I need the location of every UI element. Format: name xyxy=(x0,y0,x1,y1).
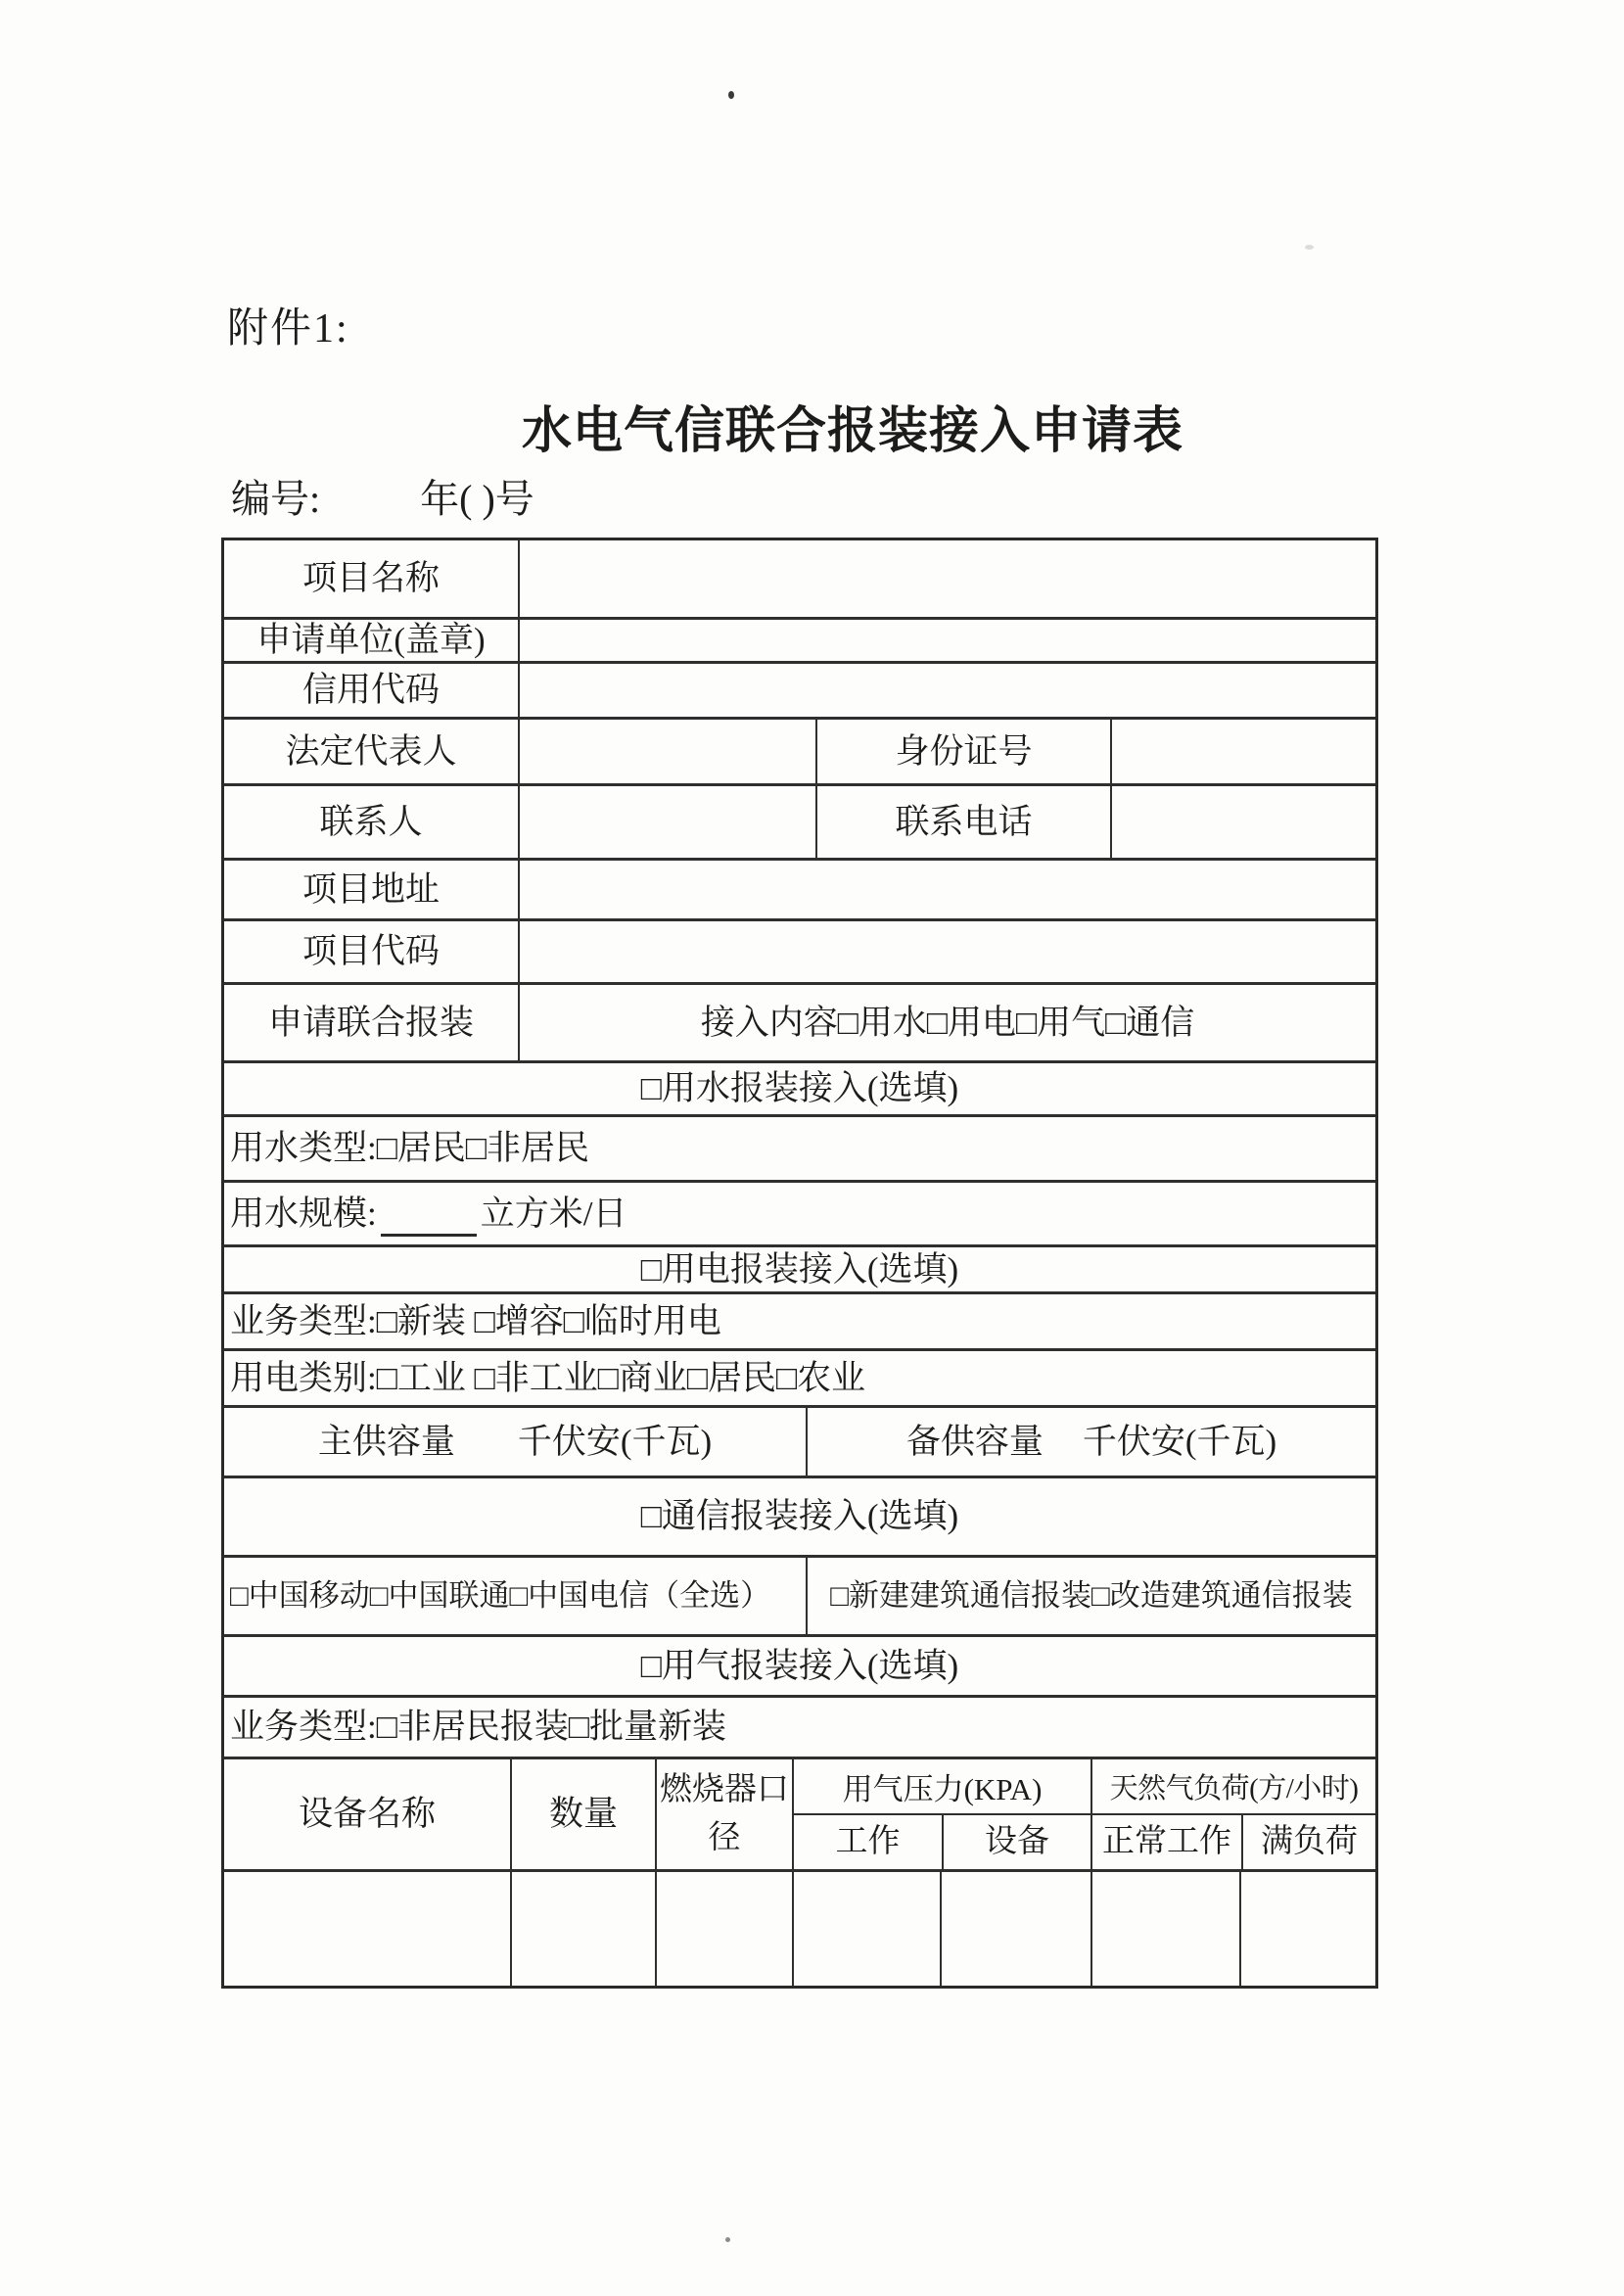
backup-capacity-unit: 千伏安(千瓦) xyxy=(1083,1420,1276,1465)
joint-install-options: 接入内容□用水□用电□用气□通信 xyxy=(518,985,1375,1060)
scanned-form-page: 附件1: 水电气信联合报装接入申请表 编号: 年( )号 项目名称 申请单位(盖… xyxy=(0,0,1624,2296)
applicant-unit-value-cell xyxy=(518,620,1375,661)
power-category-options: 用电类别:□工业 □非工业□商业□居民□农业 xyxy=(224,1351,1375,1405)
credit-code-value-cell xyxy=(518,664,1375,717)
gas-section-header: □用气报装接入(选填) xyxy=(224,1637,1375,1695)
water-scale-unit: 立方米/日 xyxy=(481,1192,627,1237)
gas-load-normal-value-cell xyxy=(1090,1872,1239,1986)
legal-rep-label: 法定代表人 xyxy=(224,720,518,783)
serial-number-value: 年( )号 xyxy=(420,477,534,521)
water-scale-label: 用水规模: xyxy=(230,1192,377,1237)
row-gas-biz-type: 业务类型:□非居民报装□批量新装 xyxy=(224,1695,1375,1757)
phone-value-cell xyxy=(1110,786,1375,858)
row-water-section-header: □用水报装接入(选填) xyxy=(224,1060,1375,1114)
telecom-operators-options: □中国移动□中国联通□中国电信（全选） xyxy=(224,1558,806,1634)
scan-speck-bottom xyxy=(725,2237,730,2242)
gas-pressure-device-value-cell xyxy=(940,1872,1090,1986)
scan-speck-top xyxy=(728,91,734,99)
row-project-code: 项目代码 xyxy=(224,918,1375,982)
row-water-scale: 用水规模: 立方米/日 xyxy=(224,1180,1375,1244)
row-gas-section-header: □用气报装接入(选填) xyxy=(224,1634,1375,1695)
project-name-label: 项目名称 xyxy=(224,540,518,617)
gas-col-pressure-device: 设备 xyxy=(942,1815,1090,1869)
gas-quantity-value-cell xyxy=(510,1872,655,1986)
gas-load-group: 天然气负荷(方/小时) 正常工作 满负荷 xyxy=(1090,1759,1375,1869)
gas-load-group-label: 天然气负荷(方/小时) xyxy=(1092,1759,1375,1815)
gas-device-name-value-cell xyxy=(224,1872,510,1986)
id-number-value-cell xyxy=(1110,720,1375,783)
application-form-table: 项目名称 申请单位(盖章) 信用代码 法定代表人 身份证号 联系人 联系电话 项… xyxy=(221,538,1378,1989)
telecom-section-header: □通信报装接入(选填) xyxy=(224,1478,1375,1555)
project-name-value-cell xyxy=(518,540,1375,617)
scan-speck-right xyxy=(1305,245,1314,250)
applicant-unit-label: 申请单位(盖章) xyxy=(224,620,518,661)
row-telecom-section-header: □通信报装接入(选填) xyxy=(224,1476,1375,1555)
gas-load-full-value-cell xyxy=(1239,1872,1375,1986)
row-contact: 联系人 联系电话 xyxy=(224,783,1375,858)
gas-table-empty-row xyxy=(224,1869,1375,1986)
page-title: 水电气信联合报装接入申请表 xyxy=(522,390,1183,462)
gas-pressure-work-value-cell xyxy=(792,1872,940,1986)
water-scale-line: 用水规模: 立方米/日 xyxy=(224,1183,1375,1244)
gas-pressure-group-label: 用气压力(KPA) xyxy=(794,1759,1090,1815)
row-project-name: 项目名称 xyxy=(224,540,1375,617)
serial-line: 编号: 年( )号 xyxy=(231,468,534,524)
row-telecom-options: □中国移动□中国联通□中国电信（全选） □新建建筑通信报装□改造建筑通信报装 xyxy=(224,1555,1375,1634)
power-section-header: □用电报装接入(选填) xyxy=(224,1247,1375,1291)
credit-code-label: 信用代码 xyxy=(224,664,518,717)
contact-value-cell xyxy=(518,786,815,858)
gas-biz-type-options: 业务类型:□非居民报装□批量新装 xyxy=(224,1698,1375,1757)
gas-col-quantity: 数量 xyxy=(510,1759,655,1869)
row-power-section-header: □用电报装接入(选填) xyxy=(224,1244,1375,1291)
row-power-category: 用电类别:□工业 □非工业□商业□居民□农业 xyxy=(224,1348,1375,1405)
legal-rep-value-cell xyxy=(518,720,815,783)
main-capacity-unit: 千伏安(千瓦) xyxy=(518,1420,712,1465)
gas-pressure-group: 用气压力(KPA) 工作 设备 xyxy=(792,1759,1090,1869)
row-project-address: 项目地址 xyxy=(224,858,1375,918)
id-number-label: 身份证号 xyxy=(815,720,1110,783)
gas-col-burner-diameter: 燃烧器口径 xyxy=(655,1759,792,1869)
gas-load-subheader: 正常工作 满负荷 xyxy=(1092,1815,1375,1869)
serial-number-label: 编号: xyxy=(231,477,320,521)
project-address-value-cell xyxy=(518,861,1375,918)
attachment-label: 附件1: xyxy=(227,296,349,354)
project-code-label: 项目代码 xyxy=(224,921,518,982)
row-power-biz-type: 业务类型:□新装 □增容□临时用电 xyxy=(224,1291,1375,1348)
phone-label: 联系电话 xyxy=(815,786,1110,858)
power-biz-type-options: 业务类型:□新装 □增容□临时用电 xyxy=(224,1294,1375,1348)
gas-col-load-normal: 正常工作 xyxy=(1092,1815,1241,1869)
water-scale-blank-line xyxy=(381,1191,477,1237)
row-joint-install: 申请联合报装 接入内容□用水□用电□用气□通信 xyxy=(224,982,1375,1060)
contact-label: 联系人 xyxy=(224,786,518,858)
main-capacity-label: 主供容量 xyxy=(318,1420,455,1465)
project-code-value-cell xyxy=(518,921,1375,982)
joint-install-label: 申请联合报装 xyxy=(224,985,518,1060)
gas-col-device-name: 设备名称 xyxy=(224,1759,510,1869)
project-address-label: 项目地址 xyxy=(224,861,518,918)
gas-col-pressure-work: 工作 xyxy=(794,1815,942,1869)
gas-burner-diameter-value-cell xyxy=(655,1872,792,1986)
row-credit-code: 信用代码 xyxy=(224,661,1375,717)
water-section-header: □用水报装接入(选填) xyxy=(224,1063,1375,1114)
backup-capacity-cell: 备供容量 千伏安(千瓦) xyxy=(806,1408,1375,1476)
gas-table-header-row: 设备名称 数量 燃烧器口径 用气压力(KPA) 工作 设备 天然气负荷(方/小时… xyxy=(224,1757,1375,1869)
main-capacity-cell: 主供容量 千伏安(千瓦) xyxy=(224,1408,806,1476)
gas-col-load-full: 满负荷 xyxy=(1241,1815,1375,1869)
row-applicant-unit: 申请单位(盖章) xyxy=(224,617,1375,661)
water-type-options: 用水类型:□居民□非居民 xyxy=(224,1117,1375,1180)
row-water-type: 用水类型:□居民□非居民 xyxy=(224,1114,1375,1180)
backup-capacity-label: 备供容量 xyxy=(906,1420,1044,1465)
telecom-building-options: □新建建筑通信报装□改造建筑通信报装 xyxy=(806,1558,1375,1634)
row-supply-capacity: 主供容量 千伏安(千瓦) 备供容量 千伏安(千瓦) xyxy=(224,1405,1375,1476)
gas-pressure-subheader: 工作 设备 xyxy=(794,1815,1090,1869)
row-legal-rep: 法定代表人 身份证号 xyxy=(224,717,1375,783)
